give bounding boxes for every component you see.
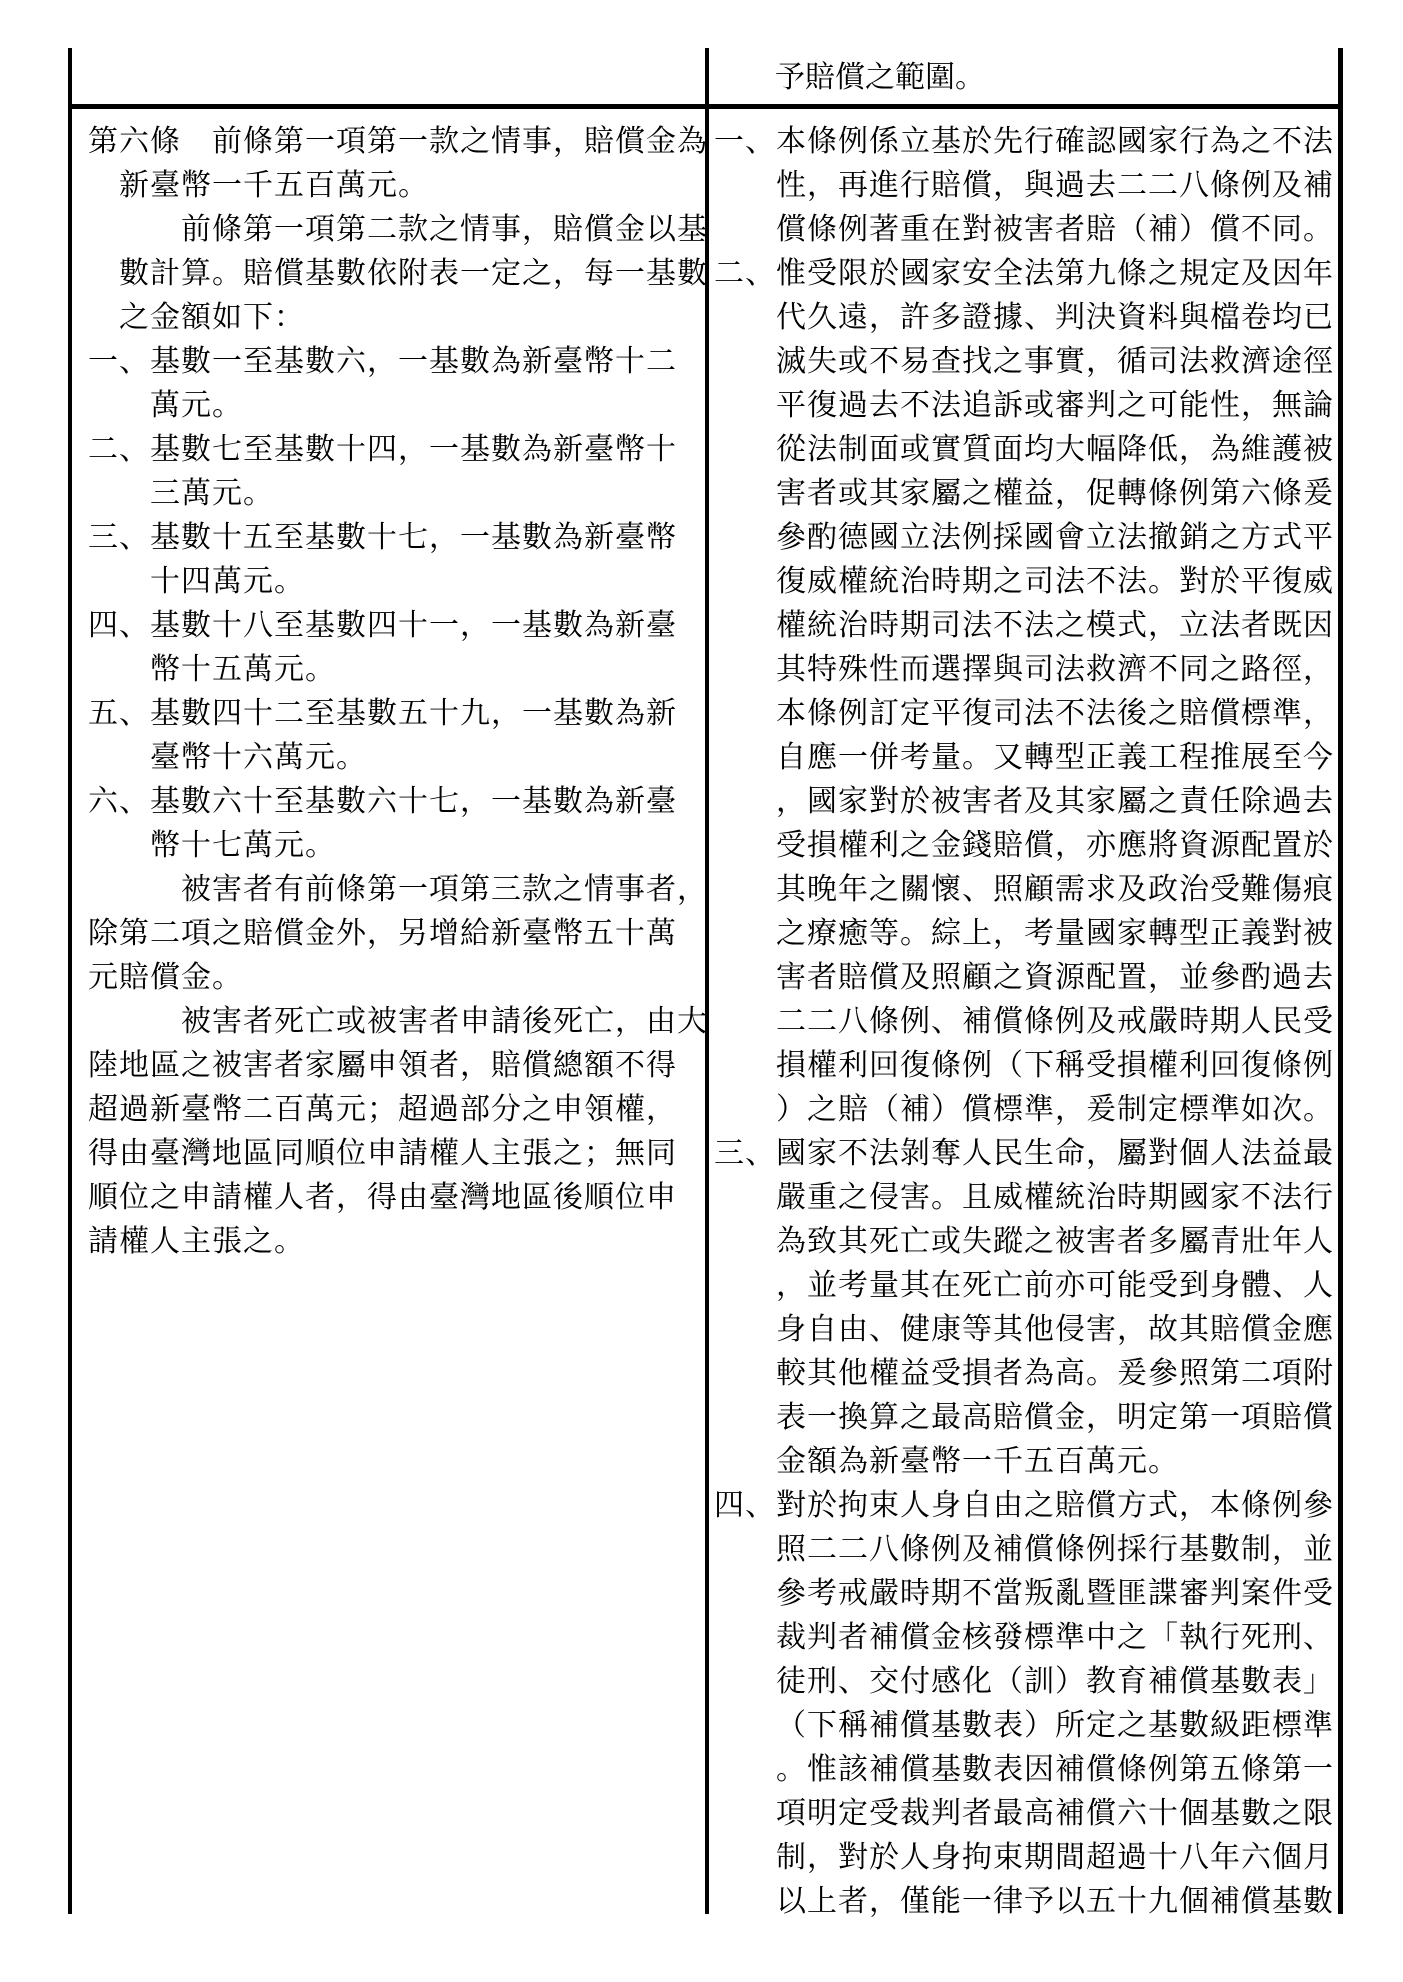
text-line: 三萬元。 bbox=[88, 472, 703, 516]
text-line: 五、基數四十二至基數五十九，一基數為新 bbox=[88, 692, 703, 736]
text-line: 萬元。 bbox=[88, 384, 703, 428]
text-line: 四、基數十八至基數四十一，一基數為新臺 bbox=[88, 604, 703, 648]
text-line: 二、基數七至基數十四，一基數為新臺幣十 bbox=[88, 428, 703, 472]
text-line: 一、基數一至基數六，一基數為新臺幣十二 bbox=[88, 340, 703, 384]
text-line: 請權人主張之。 bbox=[88, 1220, 703, 1264]
text-line: 幣十七萬元。 bbox=[88, 824, 703, 868]
text-line: 照二二八條例及補償條例採行基數制，並 bbox=[714, 1528, 1340, 1572]
text-line: 幣十五萬元。 bbox=[88, 648, 703, 692]
explanation-text-cell: 一、本條例係立基於先行確認國家行為之不法性，再進行賠償，與過去二二八條例及補償條… bbox=[714, 120, 1340, 1924]
previous-row-explanation-tail: 予賠償之範圍。 bbox=[775, 56, 985, 100]
article-text-cell: 第六條 前條第一項第一款之情事，賠償金為新臺幣一千五百萬元。前條第一項第二款之情… bbox=[88, 120, 703, 1264]
text-line: 前條第一項第二款之情事，賠償金以基 bbox=[88, 208, 703, 252]
text-line: 本條例訂定平復司法不法後之賠償標準， bbox=[714, 692, 1340, 736]
text-line: 四、對於拘束人身自由之賠償方式，本條例參 bbox=[714, 1484, 1340, 1528]
text-line: 十四萬元。 bbox=[88, 560, 703, 604]
text-line: 三、國家不法剝奪人民生命，屬對個人法益最 bbox=[714, 1132, 1340, 1176]
text-line: ）之賠（補）償標準，爰制定標準如次。 bbox=[714, 1088, 1340, 1132]
text-line: 從法制面或實質面均大幅降低，為維護被 bbox=[714, 428, 1340, 472]
text-line: 其特殊性而選擇與司法救濟不同之路徑， bbox=[714, 648, 1340, 692]
text-line: 二、惟受限於國家安全法第九條之規定及因年 bbox=[714, 252, 1340, 296]
text-line: 之療癒等。綜上，考量國家轉型正義對被 bbox=[714, 912, 1340, 956]
text-line: 三、基數十五至基數十七，一基數為新臺幣 bbox=[88, 516, 703, 560]
text-line: 金額為新臺幣一千五百萬元。 bbox=[714, 1440, 1340, 1484]
text-line: 代久遠，許多證據、判決資料與檔卷均已 bbox=[714, 296, 1340, 340]
document-page: 予賠償之範圍。 第六條 前條第一項第一款之情事，賠償金為新臺幣一千五百萬元。前條… bbox=[0, 0, 1403, 1982]
text-line: 參酌德國立法例採國會立法撤銷之方式平 bbox=[714, 516, 1340, 560]
table-column-divider bbox=[705, 48, 709, 1914]
text-line: ，國家對於被害者及其家屬之責任除過去 bbox=[714, 780, 1340, 824]
text-line: ，並考量其在死亡前亦可能受到身體、人 bbox=[714, 1264, 1340, 1308]
text-line: 超過新臺幣二百萬元；超過部分之申領權， bbox=[88, 1088, 703, 1132]
text-line: 損權利回復條例（下稱受損權利回復條例 bbox=[714, 1044, 1340, 1088]
text-line: 滅失或不易查找之事實，循司法救濟途徑 bbox=[714, 340, 1340, 384]
table-left-border bbox=[68, 48, 72, 1914]
text-line: 。惟該補償基數表因補償條例第五條第一 bbox=[714, 1748, 1340, 1792]
text-line: 害者賠償及照顧之資源配置，並參酌過去 bbox=[714, 956, 1340, 1000]
text-line: 新臺幣一千五百萬元。 bbox=[88, 164, 703, 208]
text-line: 數計算。賠償基數依附表一定之，每一基數 bbox=[88, 252, 703, 296]
text-line: 得由臺灣地區同順位申請權人主張之；無同 bbox=[88, 1132, 703, 1176]
text-line: 第六條 前條第一項第一款之情事，賠償金為 bbox=[88, 120, 703, 164]
text-line: 二二八條例、補償條例及戒嚴時期人民受 bbox=[714, 1000, 1340, 1044]
text-line: 陸地區之被害者家屬申領者，賠償總額不得 bbox=[88, 1044, 703, 1088]
text-line: 項明定受裁判者最高補償六十個基數之限 bbox=[714, 1792, 1340, 1836]
table-row-divider bbox=[68, 104, 1343, 109]
text-line: 償條例著重在對被害者賠（補）償不同。 bbox=[714, 208, 1340, 252]
text-line: （下稱補償基數表）所定之基數級距標準 bbox=[714, 1704, 1340, 1748]
text-line: 較其他權益受損者為高。爰參照第二項附 bbox=[714, 1352, 1340, 1396]
text-line: 元賠償金。 bbox=[88, 956, 703, 1000]
text-line: 身自由、健康等其他侵害，故其賠償金應 bbox=[714, 1308, 1340, 1352]
text-line: 制，對於人身拘束期間超過十八年六個月 bbox=[714, 1836, 1340, 1880]
text-line: 參考戒嚴時期不當叛亂暨匪諜審判案件受 bbox=[714, 1572, 1340, 1616]
text-line: 其晚年之關懷、照顧需求及政治受難傷痕 bbox=[714, 868, 1340, 912]
text-line: 害者或其家屬之權益，促轉條例第六條爰 bbox=[714, 472, 1340, 516]
text-line: 被害者死亡或被害者申請後死亡，由大 bbox=[88, 1000, 703, 1044]
text-line: 裁判者補償金核發標準中之「執行死刑、 bbox=[714, 1616, 1340, 1660]
text-line: 自應一併考量。又轉型正義工程推展至今 bbox=[714, 736, 1340, 780]
text-line: 被害者有前條第一項第三款之情事者， bbox=[88, 868, 703, 912]
text-line: 徒刑、交付感化（訓）教育補償基數表」 bbox=[714, 1660, 1340, 1704]
text-line: 一、本條例係立基於先行確認國家行為之不法 bbox=[714, 120, 1340, 164]
text-line: 權統治時期司法不法之模式，立法者既因 bbox=[714, 604, 1340, 648]
text-line: 表一換算之最高賠償金，明定第一項賠償 bbox=[714, 1396, 1340, 1440]
text-line: 為致其死亡或失蹤之被害者多屬青壯年人 bbox=[714, 1220, 1340, 1264]
text-line: 臺幣十六萬元。 bbox=[88, 736, 703, 780]
text-line: 復威權統治時期之司法不法。對於平復威 bbox=[714, 560, 1340, 604]
text-line: 嚴重之侵害。且威權統治時期國家不法行 bbox=[714, 1176, 1340, 1220]
text-line: 六、基數六十至基數六十七，一基數為新臺 bbox=[88, 780, 703, 824]
text-line: 以上者，僅能一律予以五十九個補償基數 bbox=[714, 1880, 1340, 1924]
text-line: 除第二項之賠償金外，另增給新臺幣五十萬 bbox=[88, 912, 703, 956]
text-line: 順位之申請權人者，得由臺灣地區後順位申 bbox=[88, 1176, 703, 1220]
text-line: 之金額如下： bbox=[88, 296, 703, 340]
text-line: 性，再進行賠償，與過去二二八條例及補 bbox=[714, 164, 1340, 208]
text-line: 受損權利之金錢賠償，亦應將資源配置於 bbox=[714, 824, 1340, 868]
text-line: 平復過去不法追訴或審判之可能性，無論 bbox=[714, 384, 1340, 428]
